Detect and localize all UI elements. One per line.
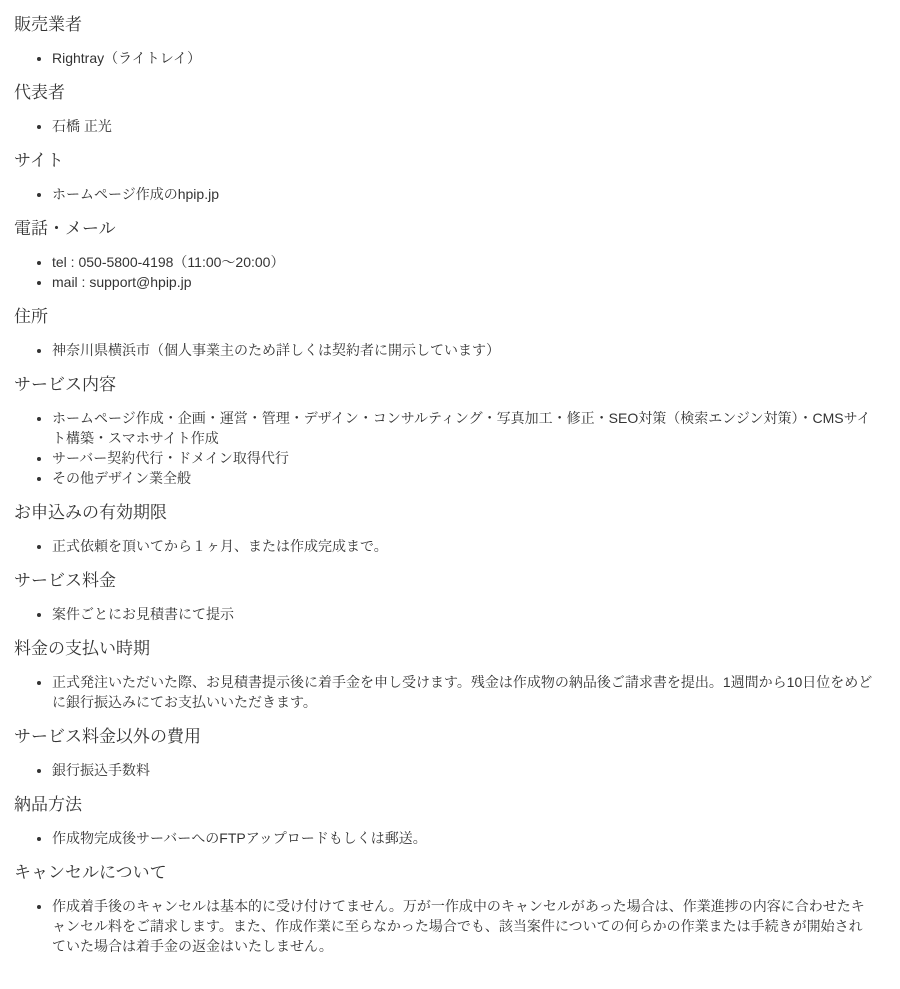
- section-list: 神奈川県横浜市（個人事業主のため詳しくは契約者に開示しています）: [14, 340, 876, 360]
- section-heading: 納品方法: [14, 795, 876, 815]
- section-list: 作成物完成後サーバーへのFTPアップロードもしくは郵送。: [14, 828, 876, 848]
- section-heading: サービス料金: [14, 571, 876, 591]
- list-item: サーバー契約代行・ドメイン取得代行: [52, 448, 876, 468]
- section-heading: サイト: [14, 151, 876, 171]
- list-item: 銀行振込手数料: [52, 760, 876, 780]
- section-heading: 料金の支払い時期: [14, 639, 876, 659]
- section-heading: 販売業者: [14, 15, 876, 35]
- list-item: 正式依頼を頂いてから１ヶ月、または作成完成まで。: [52, 536, 876, 556]
- section-heading: 代表者: [14, 83, 876, 103]
- section-list: tel : 050-5800-4198（11:00～20:00）mail : s…: [14, 252, 876, 292]
- list-item: mail : support@hpip.jp: [52, 272, 876, 292]
- list-item: その他デザイン業全般: [52, 468, 876, 488]
- list-item: 正式発注いただいた際、お見積書提示後に着手金を申し受けます。残金は作成物の納品後…: [52, 672, 876, 712]
- list-item: Rightray（ライトレイ）: [52, 48, 876, 68]
- list-item: 石橋 正光: [52, 116, 876, 136]
- section-heading: キャンセルについて: [14, 863, 876, 883]
- disclosure-content: 販売業者Rightray（ライトレイ）代表者石橋 正光サイトホームページ作成のh…: [0, 15, 900, 989]
- section-list: ホームページ作成のhpip.jp: [14, 184, 876, 204]
- list-item: tel : 050-5800-4198（11:00～20:00）: [52, 252, 876, 272]
- section-heading: サービス料金以外の費用: [14, 727, 876, 747]
- section-list: 正式依頼を頂いてから１ヶ月、または作成完成まで。: [14, 536, 876, 556]
- section-list: 銀行振込手数料: [14, 760, 876, 780]
- section-list: Rightray（ライトレイ）: [14, 48, 876, 68]
- list-item: ホームページ作成のhpip.jp: [52, 184, 876, 204]
- section-heading: 住所: [14, 307, 876, 327]
- section-heading: 電話・メール: [14, 219, 876, 239]
- list-item: 作成物完成後サーバーへのFTPアップロードもしくは郵送。: [52, 828, 876, 848]
- list-item: ホームページ作成・企画・運営・管理・デザイン・コンサルティング・写真加工・修正・…: [52, 408, 876, 448]
- section-list: ホームページ作成・企画・運営・管理・デザイン・コンサルティング・写真加工・修正・…: [14, 408, 876, 488]
- list-item: 案件ごとにお見積書にて提示: [52, 604, 876, 624]
- list-item: 神奈川県横浜市（個人事業主のため詳しくは契約者に開示しています）: [52, 340, 876, 360]
- section-list: 正式発注いただいた際、お見積書提示後に着手金を申し受けます。残金は作成物の納品後…: [14, 672, 876, 712]
- section-heading: お申込みの有効期限: [14, 503, 876, 523]
- section-list: 石橋 正光: [14, 116, 876, 136]
- list-item: 作成着手後のキャンセルは基本的に受け付けてません。万が一作成中のキャンセルがあっ…: [52, 896, 876, 956]
- section-heading: サービス内容: [14, 375, 876, 395]
- section-list: 作成着手後のキャンセルは基本的に受け付けてません。万が一作成中のキャンセルがあっ…: [14, 896, 876, 956]
- section-list: 案件ごとにお見積書にて提示: [14, 604, 876, 624]
